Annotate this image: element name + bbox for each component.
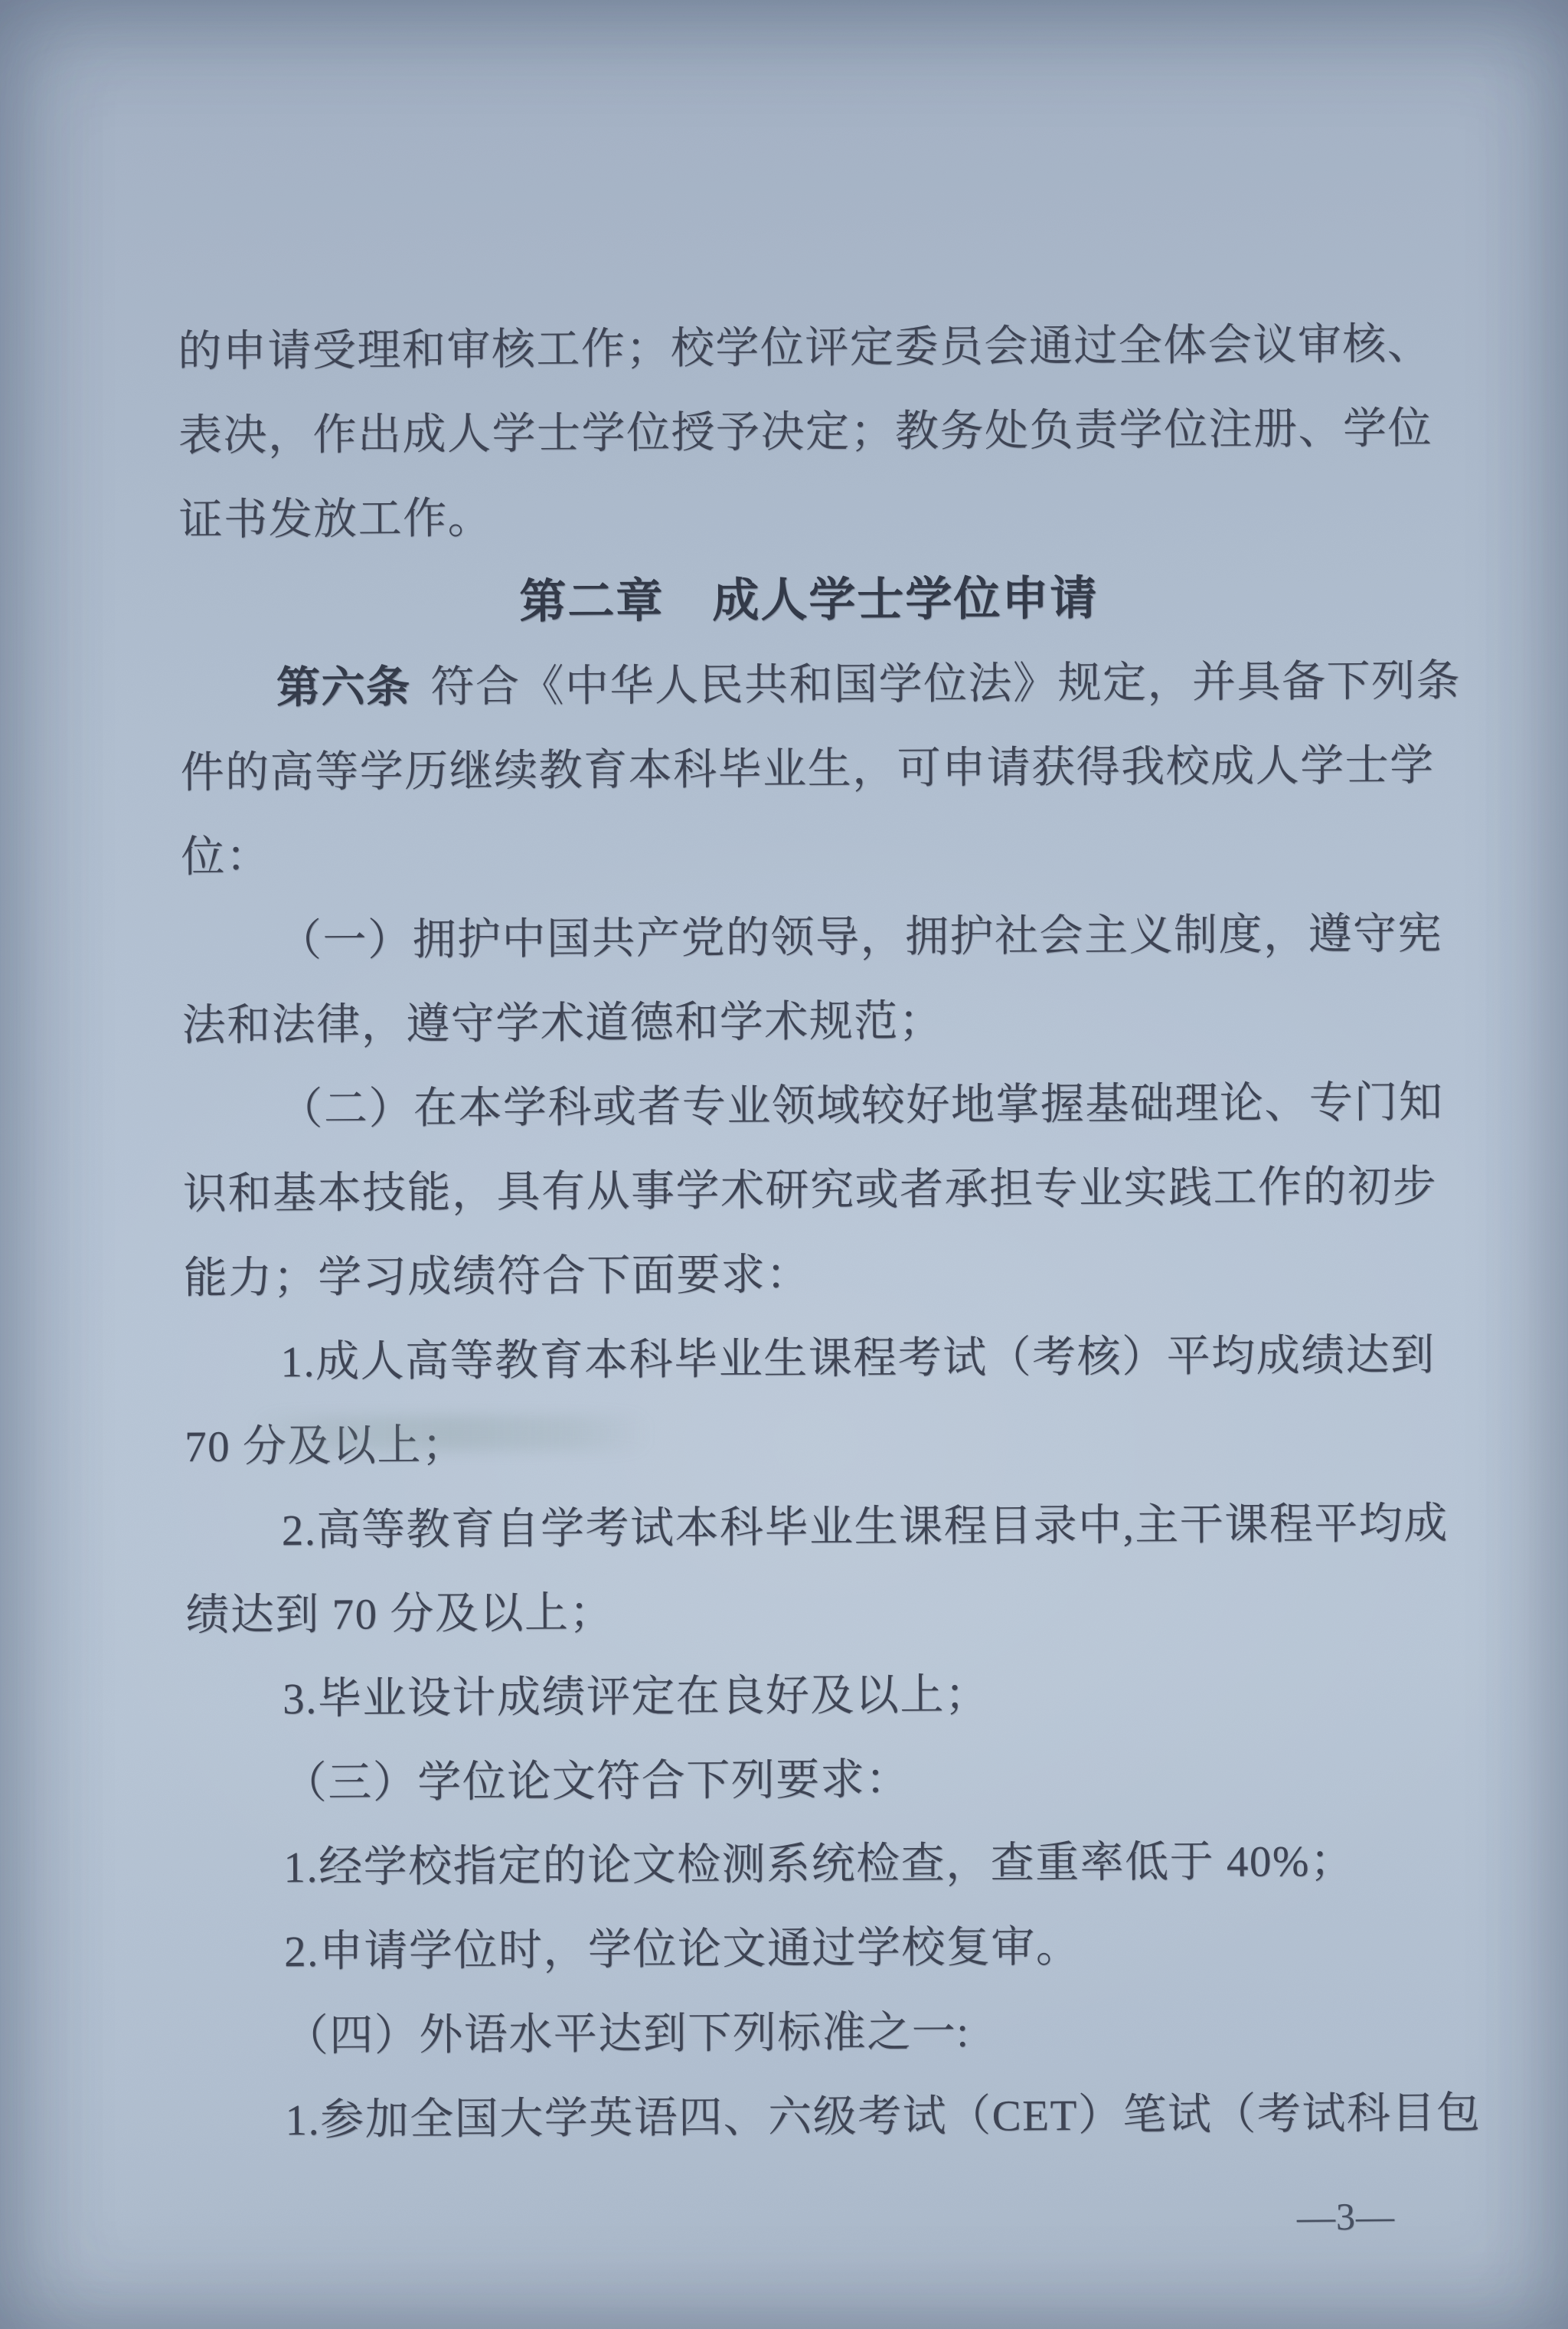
text-line: 1.参加全国大学英语四、六级考试（CET）笔试（考试科目包 [188, 2072, 1448, 2164]
article-number-bold: 第六条 [276, 663, 411, 712]
scanned-document-page: 的申请受理和审核工作；校学位评定委员会通过全体会议审核、表决，作出成人学士学位授… [0, 0, 1568, 2329]
text-line: 1.经学校指定的论文检测系统检查，查重率低于 40%； [187, 1819, 1446, 1911]
text-line: 件的高等学历继续教育本科毕业生，可申请获得我校成人学士学 [180, 724, 1439, 816]
text-line: 3.毕业设计成绩评定在良好及以上； [186, 1650, 1445, 1742]
text-line: 2.高等教育自学考试本科毕业生课程目录中,主干课程平均成 [185, 1482, 1444, 1574]
text-line: 证书发放工作。 [178, 471, 1438, 563]
text-flow: 的申请受理和审核工作；校学位评定委员会通过全体会议审核、表决，作出成人学士学位授… [178, 303, 1448, 2164]
chapter-heading: 第二章 成人学士学位申请 [179, 555, 1439, 647]
text-line: 绩达到 70 分及以上； [185, 1566, 1445, 1658]
text-line: 1.成人高等教育本科毕业生课程考试（考核）平均成绩达到 [184, 1313, 1443, 1405]
text-line: 法和法律，遵守学术道德和学术规范； [181, 976, 1441, 1068]
ink-bleed-through-smudge [253, 1415, 651, 1451]
text-line: 位： [181, 808, 1440, 900]
text-line: （四）外语水平达到下列标准之一: [188, 1987, 1447, 2079]
text-line: 表决，作出成人学士学位授予决定；教务处负责学位注册、学位 [178, 387, 1438, 479]
text-line: 识和基本技能，具有从事学术研究或者承担专业实践工作的初步 [183, 1145, 1442, 1237]
article-text: 符合《中华人民共和国学位法》规定，并具备下列条 [430, 657, 1461, 711]
text-line: （三）学位论文符合下列要求： [186, 1735, 1445, 1827]
page-number: —3— [1292, 2185, 1400, 2247]
text-line: 2.申请学位时，学位论文通过学校复审。 [188, 1903, 1447, 1995]
text-line: （一）拥护中国共产党的领导，拥护社会主义制度，遵守宪 [181, 892, 1441, 984]
text-line: （二）在本学科或者专业领域较好地掌握基础理论、专门知 [182, 1061, 1442, 1153]
text-line: 第六条符合《中华人民共和国学位法》规定，并具备下列条 [180, 639, 1439, 731]
text-line: 的申请受理和审核工作；校学位评定委员会通过全体会议审核、 [178, 303, 1437, 394]
text-line: 能力；学习成绩符合下面要求： [183, 1229, 1442, 1321]
